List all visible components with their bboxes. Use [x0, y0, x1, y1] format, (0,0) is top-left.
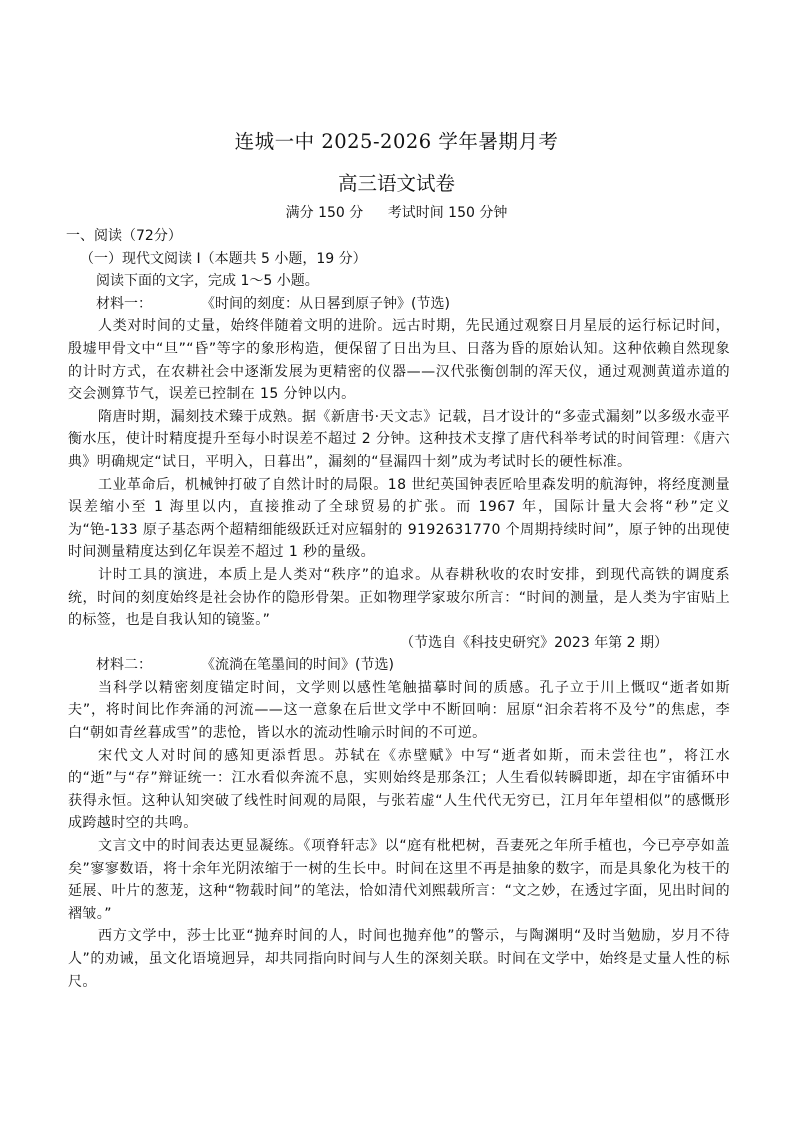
- exam-page: 连城一中 2025-2026 学年暑期月考 高三语文试卷 满分 150 分 考试…: [0, 0, 793, 1122]
- material1-source: （节选自《科技史研究》2023 年第 2 期）: [66, 632, 730, 655]
- material2-paragraph: 当科学以精密刻度锚定时间，文学则以感性笔触描摹时间的质感。孔子立于川上慨叹“逝者…: [66, 677, 730, 745]
- section-heading: 一、阅读（72分）: [66, 225, 730, 248]
- material2-title: 《流淌在笔墨间的时间》(节选): [208, 657, 394, 673]
- material2-label: 材料二：: [96, 657, 152, 673]
- material1-label: 材料一：: [96, 296, 152, 312]
- material2-paragraph: 西方文学中，莎士比亚“抛弃时间的人，时间也抛弃他”的警示，与陶渊明“及时当勉励，…: [66, 925, 730, 993]
- exam-time: 考试时间 150 分钟: [388, 205, 508, 221]
- material1-paragraph: 隋唐时期，漏刻技术臻于成熟。据《新唐书·天文志》记载，吕才设计的“多壶式漏刻”以…: [66, 406, 730, 474]
- material2-header: 材料二：《流淌在笔墨间的时间》(节选): [66, 654, 730, 677]
- exam-title: 连城一中 2025-2026 学年暑期月考: [0, 126, 793, 154]
- exam-body: 一、阅读（72分） （一）现代文阅读 I（本题共 5 小题，19 分） 阅读下面…: [66, 225, 730, 993]
- subsection-heading: （一）现代文阅读 I（本题共 5 小题，19 分）: [66, 248, 730, 271]
- material2-paragraph: 宋代文人对时间的感知更添哲思。苏轼在《赤壁赋》中写“逝者如斯，而未尝往也”，将江…: [66, 745, 730, 835]
- material1-title: 《时间的刻度：从日晷到原子钟》(节选): [208, 296, 450, 312]
- instruction: 阅读下面的文字，完成 1～5 小题。: [66, 270, 730, 293]
- exam-subtitle: 高三语文试卷: [0, 168, 793, 196]
- material1-paragraph: 工业革命后，机械钟打破了自然计时的局限。18 世纪英国钟表匠哈里森发明的航海钟，…: [66, 474, 730, 564]
- material1-header: 材料一：《时间的刻度：从日晷到原子钟》(节选): [66, 293, 730, 316]
- material1-paragraph: 计时工具的演进，本质上是人类对“秩序”的追求。从春耕秋收的农时安排，到现代高铁的…: [66, 564, 730, 632]
- full-score: 满分 150 分: [286, 205, 364, 221]
- exam-meta: 满分 150 分 考试时间 150 分钟: [0, 202, 793, 222]
- material1-paragraph: 人类对时间的丈量，始终伴随着文明的进阶。远古时期，先民通过观察日月星辰的运行标记…: [66, 315, 730, 405]
- material2-paragraph: 文言文中的时间表达更显凝练。《项脊轩志》以“庭有枇杷树，吾妻死之年所手植也，今已…: [66, 835, 730, 925]
